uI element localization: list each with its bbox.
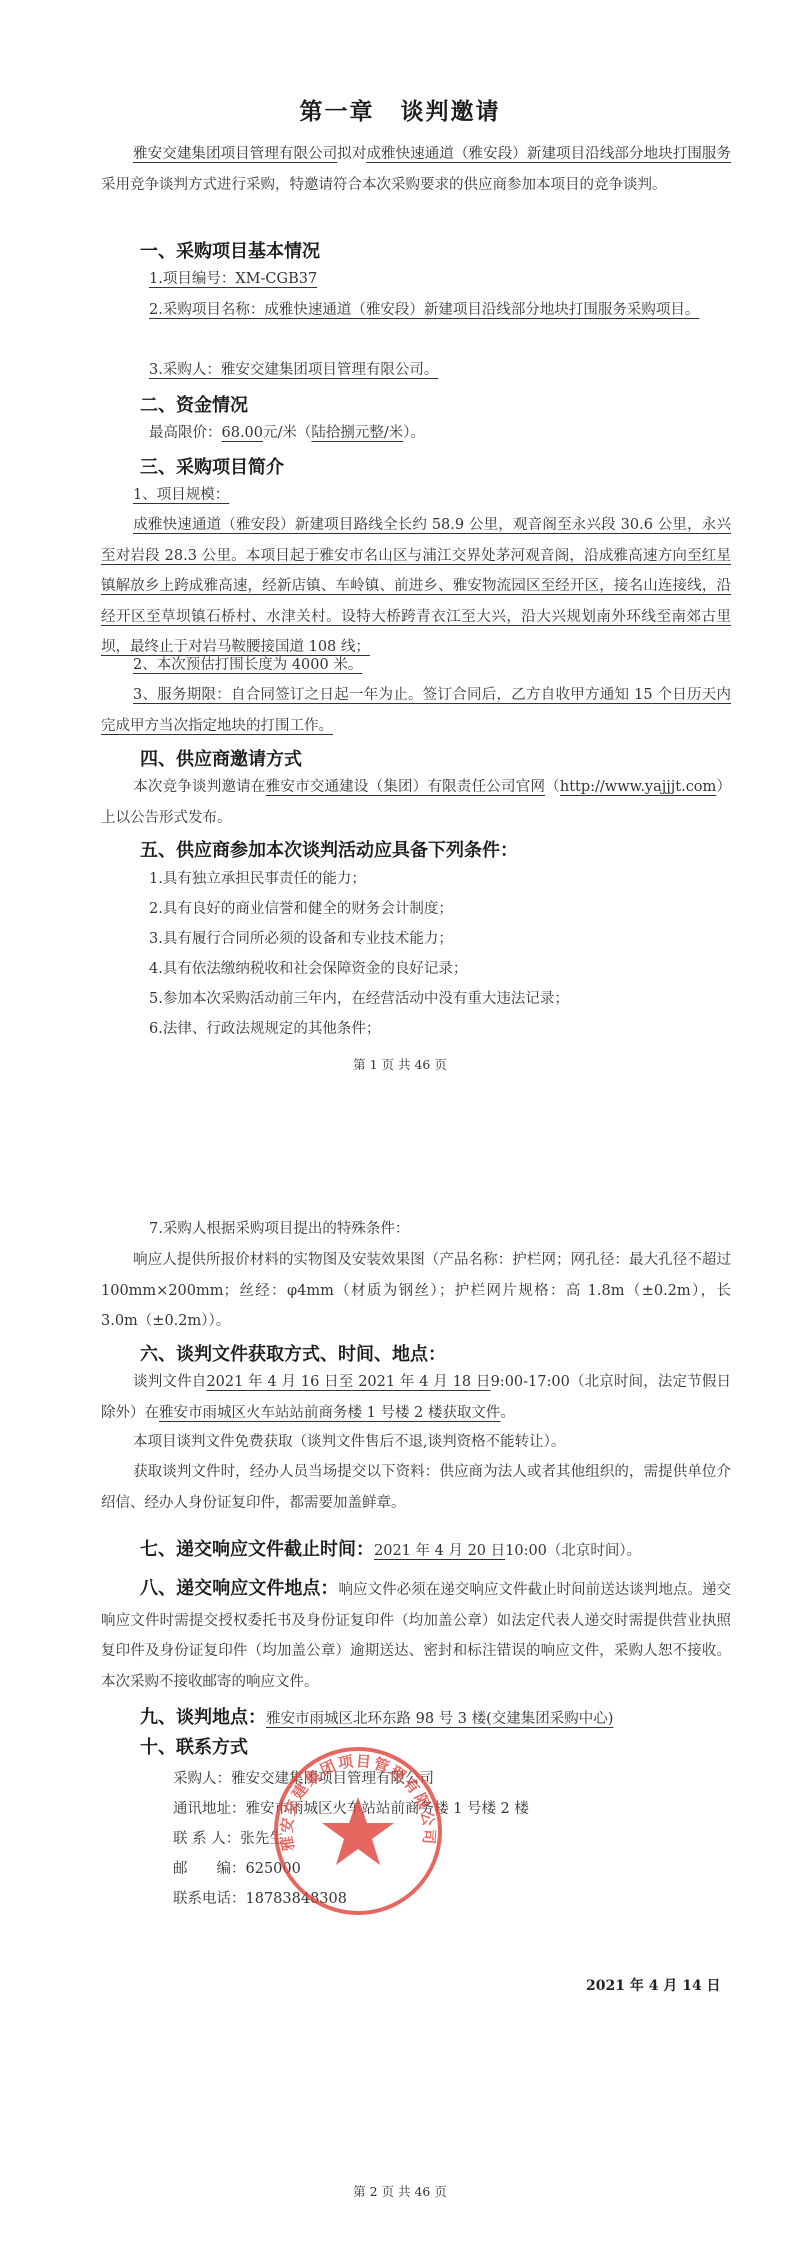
condition-item: 4.具有依法缴纳税收和社会保障资金的良好记录； [149,954,467,984]
condition-item: 5.参加本次采购活动前三年内，在经营活动中没有重大违法记录； [149,984,569,1014]
page-footer-1: 第 1 页 共 46 页 [0,1055,800,1073]
project-number: 1.项目编号：XM-CGB37 [149,264,317,294]
special-conditions: 响应人提供所报价材料的实物图及安装效果图（产品名称：护栏网；网孔径：最大孔径不超… [101,1245,731,1337]
project-title: 2.采购项目名称：成雅快速通道（雅安段）新建项目沿线部分地块打围服务采购项目。 [101,295,731,326]
website-link[interactable]: http://www.yajjjt.com [560,779,716,795]
submission-location: 八、递交响应文件地点：响应文件必须在递交响应文件截止时间前送达谈判地点。递交响应… [101,1574,731,1697]
intro-paragraph: 雅安交建集团项目管理有限公司拟对成雅快速通道（雅安段）新建项目沿线部分地块打围服… [101,139,731,200]
condition-item-7: 7.采购人根据采购项目提出的特殊条件： [149,1214,409,1244]
purchaser: 3.采购人：雅安交建集团项目管理有限公司。 [149,355,438,385]
doc-requirements: 获取谈判文件时，经办人员当场提交以下资料：供应商为法人或者其他组织的，需提供单位… [101,1457,731,1518]
section-heading-4: 四、供应商邀请方式 [140,745,302,771]
max-price: 最高限价：68.00元/米（陆拾捌元整/米）。 [149,418,425,448]
project-name: 成雅快速通道（雅安段）新建项目沿线部分地块打围服务 [366,146,731,162]
price-words: 陆拾捌元整/米 [311,425,403,441]
price-value: 68.00 [222,425,264,441]
invitation-method: 本次竞争谈判邀请在雅安市交通建设（集团）有限责任公司官网（http://www.… [101,772,731,833]
section-heading-2: 二、资金情况 [140,391,248,417]
section-heading-6: 六、谈判文件获取方式、时间、地点： [140,1340,446,1366]
star-icon [322,1797,394,1865]
fence-length: 2、本次预估打围长度为 4000 米。 [133,650,362,680]
deadline-date: 2021 年 4 月 20 日 [374,1543,505,1559]
doc-free: 本项目谈判文件免费获取（谈判文件售后不退,谈判资格不能转让）。 [133,1427,565,1457]
doc-acquisition: 谈判文件自2021 年 4 月 16 日至 2021 年 4 月 18 日9:0… [101,1367,731,1428]
negotiation-place: 雅安市雨城区北环东路 98 号 3 楼(交建集团采购中心) [266,1711,613,1727]
org-name: 雅安市交通建设（集团）有限责任公司官网 [266,779,546,795]
official-seal: 雅安交建集团项目管理有限公司 [272,1745,444,1917]
page-footer-2: 第 2 页 共 46 页 [0,2182,800,2200]
acquisition-place: 雅安市雨城区火车站站前商务楼 1 号楼 2 楼获取文件 [159,1405,500,1421]
project-scale-text: 成雅快速通道（雅安段）新建项目路线全长约 58.9 公里，观音阁至永兴段 30.… [101,510,731,663]
purchaser-name: 雅安交建集团项目管理有限公司 [133,146,337,162]
condition-item: 2.具有良好的商业信誉和健全的财务会计制度； [149,894,453,924]
condition-item: 3.具有履行合同所必须的设备和专业技术能力； [149,924,453,954]
negotiation-location: 九、谈判地点：雅安市雨城区北环东路 98 号 3 楼(交建集团采购中心) [140,1703,613,1734]
sign-date: 2021 年 4 月 14 日 [586,1975,721,1995]
contact-person: 联 系 人：张先生 [173,1824,284,1854]
acquisition-dates: 2021 年 4 月 16 日至 2021 年 4 月 18 日 [206,1374,490,1390]
section-heading-10: 十、联系方式 [140,1733,248,1759]
condition-item: 1.具有独立承担民事责任的能力； [149,864,366,894]
project-scale-label: 1、项目规模： [133,480,229,510]
section-heading-5: 五、供应商参加本次谈判活动应具备下列条件： [140,836,518,862]
section-heading-1: 一、采购项目基本情况 [140,237,320,263]
condition-item: 6.法律、行政法规规定的其他条件； [149,1014,380,1044]
service-period: 3、服务期限：自合同签订之日起一年为止。签订合同后，乙方自收甲方通知 15 个日… [101,680,731,741]
chapter-title: 第一章谈判邀请 [0,93,800,126]
section-heading-3: 三、采购项目简介 [140,453,284,479]
submission-deadline: 七、递交响应文件截止时间：2021 年 4 月 20 日10:00（北京时间）。 [140,1535,641,1566]
